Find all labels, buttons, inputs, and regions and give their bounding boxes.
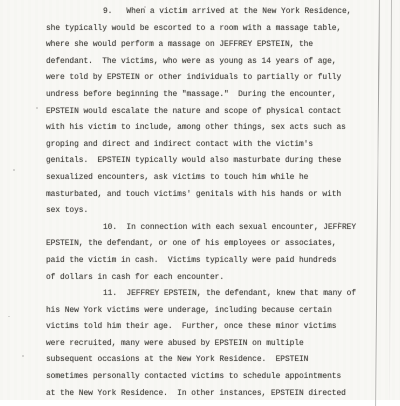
document-line: EPSTEIN would escalate the nature and sc…	[46, 104, 376, 121]
document-line: subsequent occasions at the New York Res…	[46, 352, 376, 369]
document-line: his New York victims were underage, incl…	[46, 303, 376, 320]
document-line: genitals. EPSTEIN typically would also m…	[46, 153, 376, 170]
document-line: where she would perform a massage on JEF…	[46, 37, 376, 54]
document-line: masturbated, and touch victims' genitals…	[46, 187, 376, 204]
scan-speck	[22, 355, 24, 357]
document-line: paid the victim in cash. Victims typical…	[46, 253, 376, 270]
document-line: at the New York Residence. In other inst…	[46, 386, 376, 400]
scan-speck	[36, 107, 38, 109]
document-text-block: 9. When a victim arrived at the New York…	[46, 4, 376, 400]
document-line: 11. JEFFREY EPSTEIN, the defendant, knew…	[46, 286, 376, 303]
document-line: groping and direct and indirect contact …	[46, 137, 376, 154]
document-line: sex toys.	[46, 203, 376, 220]
scan-speck	[8, 316, 10, 317]
document-line: undress before beginning the "massage." …	[46, 87, 376, 104]
scan-speck	[95, 344, 96, 346]
document-line: she typically would be escorted to a roo…	[46, 21, 376, 38]
document-line: with his victim to include, among other …	[46, 120, 376, 137]
scan-speck	[144, 6, 146, 8]
scan-speck	[13, 169, 15, 171]
document-line: victims told him their age. Further, onc…	[46, 319, 376, 336]
document-line: 9. When a victim arrived at the New York…	[46, 4, 376, 21]
page-edge-line-outer	[389, 0, 392, 400]
document-line: of dollars in cash for each encounter.	[46, 270, 376, 287]
document-line: defendant. The victims, who were as youn…	[46, 54, 376, 71]
document-line: sometimes personally contacted victims t…	[46, 369, 376, 386]
document-line: 10. In connection with each sexual encou…	[46, 220, 376, 237]
document-line: EPSTEIN, the defendant, or one of his em…	[46, 236, 376, 253]
scanned-document-page: 9. When a victim arrived at the New York…	[0, 0, 400, 400]
scan-speck	[338, 222, 340, 223]
document-line: sexualized encounters, ask victims to to…	[46, 170, 376, 187]
document-line: were told by EPSTEIN or other individual…	[46, 70, 376, 87]
